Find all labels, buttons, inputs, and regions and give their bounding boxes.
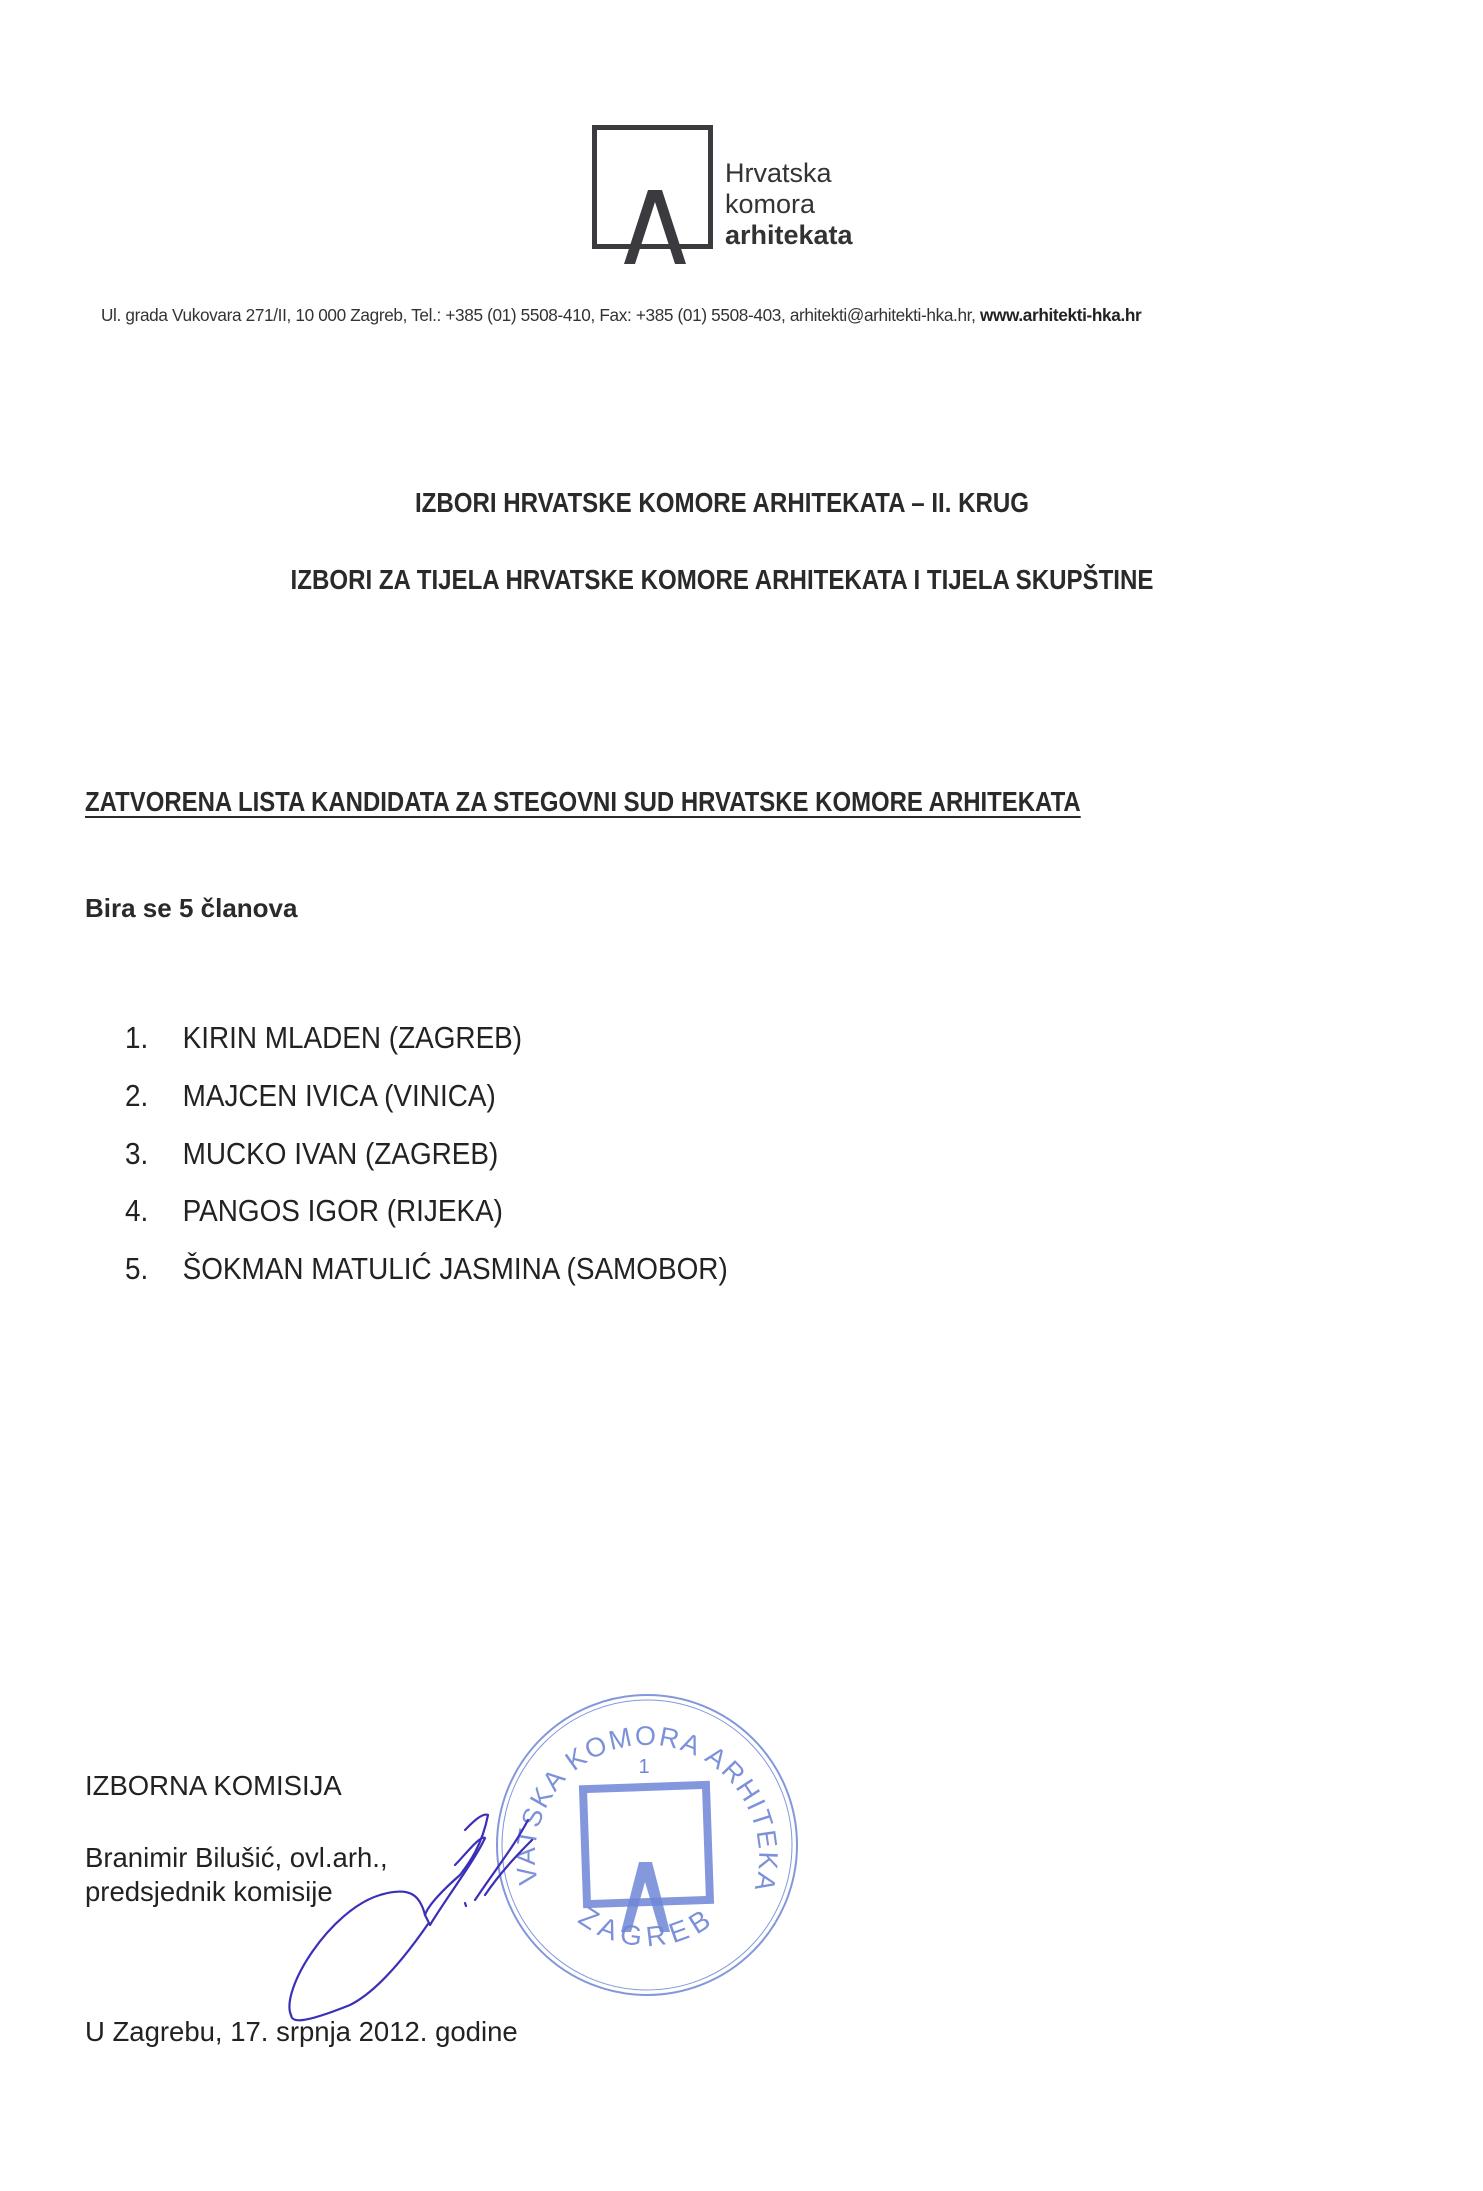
org-name-line2: komora [725, 189, 853, 220]
address-text: Ul. grada Vukovara 271/II, 10 000 Zagreb… [101, 305, 980, 325]
candidate-name: ŠOKMAN MATULIĆ JASMINA (SAMOBOR) [183, 1251, 728, 1286]
org-name-line1: Hrvatska [725, 158, 853, 189]
list-item: 4.PANGOS IGOR (RIJEKA) [125, 1193, 728, 1251]
section-title: ZATVORENA LISTA KANDIDATA ZA STEGOVNI SU… [85, 786, 1081, 818]
committee-name: IZBORNA KOMISIJA [85, 1770, 342, 1802]
logo-a-icon [620, 188, 690, 266]
candidate-name: KIRIN MLADEN (ZAGREB) [183, 1020, 522, 1055]
section-note: Bira se 5 članova [85, 893, 297, 924]
list-item: 5.ŠOKMAN MATULIĆ JASMINA (SAMOBOR) [125, 1251, 728, 1309]
org-name: Hrvatska komora arhitekata [725, 158, 853, 251]
list-item-number: 5. [125, 1251, 183, 1287]
candidate-name: MUCKO IVAN (ZAGREB) [183, 1136, 499, 1171]
list-item: 1.KIRIN MLADEN (ZAGREB) [125, 1020, 728, 1078]
document-subtitle: IZBORI ZA TIJELA HRVATSKE KOMORE ARHITEK… [101, 564, 1343, 596]
letterhead-address: Ul. grada Vukovara 271/II, 10 000 Zagreb… [101, 305, 1141, 326]
list-item: 3.MUCKO IVAN (ZAGREB) [125, 1136, 728, 1194]
candidate-name: PANGOS IGOR (RIJEKA) [183, 1193, 503, 1228]
candidate-list: 1.KIRIN MLADEN (ZAGREB) 2.MAJCEN IVICA (… [125, 1020, 795, 1309]
website-link[interactable]: www.arhitekti-hka.hr [980, 305, 1141, 325]
list-item-number: 1. [125, 1020, 183, 1056]
svg-text:1: 1 [638, 1756, 649, 1778]
list-item-number: 3. [125, 1136, 183, 1172]
list-item-number: 2. [125, 1078, 183, 1114]
candidate-name: MAJCEN IVICA (VINICA) [183, 1078, 496, 1113]
list-item-number: 4. [125, 1193, 183, 1229]
list-item: 2.MAJCEN IVICA (VINICA) [125, 1078, 728, 1136]
svg-text:ZAGREB: ZAGREB [573, 1901, 720, 1953]
document-title: IZBORI HRVATSKE KOMORE ARHITEKATA – II. … [101, 487, 1343, 519]
signature-icon [270, 1800, 560, 2030]
org-name-line3: arhitekata [725, 220, 853, 251]
